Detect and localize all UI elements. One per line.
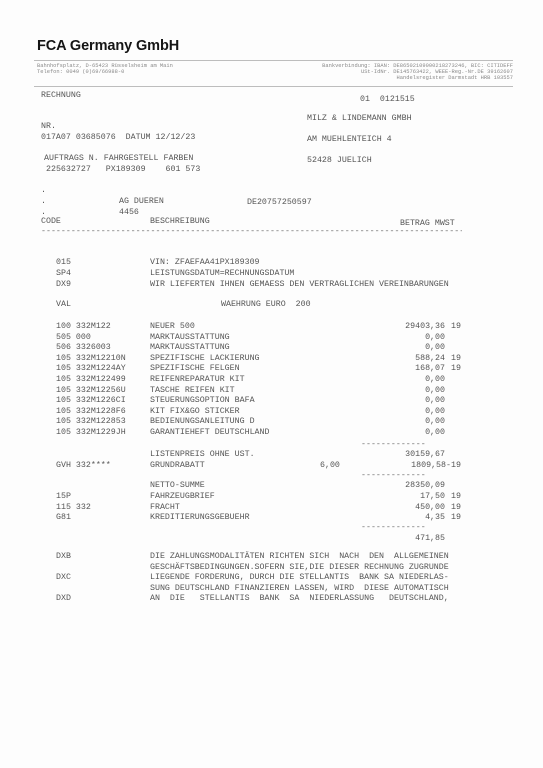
invoice-number-label: NR.: [41, 122, 56, 133]
item-vat: 19: [451, 354, 461, 365]
extra-charge-row: G81KREDITIERUNGSGEBUEHR4,3519: [0, 513, 543, 524]
list-price-amount: 30159,67: [405, 450, 445, 461]
customer-reference: 01 0121515: [360, 95, 415, 106]
extra-charge-row: 115 332FRACHT450,0019: [0, 503, 543, 514]
table-row: 505 000MARKTAUSSTATTUNG0,00: [0, 333, 543, 344]
item-amount: 0,00: [425, 428, 445, 439]
table-row: 105 332M12256UTASCHE REIFEN KIT0,00: [0, 386, 543, 397]
invoice-page: FCA Germany GmbH Bahnhofsplatz, D-65423 …: [0, 0, 543, 768]
charge-description: KREDITIERUNGSGEBUEHR: [150, 513, 250, 524]
item-amount: 0,00: [425, 417, 445, 428]
charge-vat: 19: [451, 492, 461, 503]
court-number: 4456: [119, 208, 139, 219]
item-amount: 0,00: [425, 407, 445, 418]
order-header: AUFTRAGS N. FAHRGESTELL FARBEN: [44, 154, 193, 165]
item-amount: 0,00: [425, 375, 445, 386]
item-code: 105 332M1226CI: [56, 396, 126, 407]
currency-description: WAEHRUNG EURO 200: [221, 300, 311, 311]
terms-row: SUNG DEUTSCHLAND FINANZIEREN LASSEN, WIR…: [0, 584, 543, 595]
item-code: 105 332M1229JH: [56, 428, 126, 439]
discount-percent: 6,00: [320, 461, 340, 472]
item-description: BEDIENUNGSANLEITUNG D: [150, 417, 255, 428]
charge-amount: 450,00: [415, 503, 445, 514]
discount-vat: 19: [451, 461, 461, 472]
net-row: NETTO-SUMME 28350,09: [0, 481, 543, 492]
note-text: WIR LIEFERTEN IHNEN GEMAESS DEN VERTRAGL…: [150, 280, 449, 291]
item-description: SPEZIFISCHE FELGEN: [150, 364, 240, 375]
table-row: 506 3326003MARKTAUSSTATTUNG0,00: [0, 343, 543, 354]
note-code: SP4: [56, 269, 71, 280]
note-row: SP4LEISTUNGSDATUM=RECHNUNGSDATUM: [0, 269, 543, 280]
recipient-city: 52428 JUELICH: [307, 156, 372, 167]
extras-total-row: 471,85: [0, 534, 543, 545]
terms-text: SUNG DEUTSCHLAND FINANZIEREN LASSEN, WIR…: [150, 584, 449, 595]
terms-row: DXDAN DIE STELLANTIS BANK SA NIEDERLASSU…: [0, 594, 543, 605]
item-amount: 29403,36: [405, 322, 445, 333]
terms-code: DXB: [56, 552, 71, 563]
extras-rule: -------------: [361, 523, 426, 534]
note-code: DX9: [56, 280, 71, 291]
table-row: 100 332M122NEUER 50029403,3619: [0, 322, 543, 333]
company-phone: Telefon: 0049 (0)69/66988-0: [37, 69, 124, 75]
discount-label: GRUNDRABATT: [150, 461, 205, 472]
header-bottom-rule: [34, 86, 513, 87]
table-row: 105 332M122853BEDIENUNGSANLEITUNG D0,00: [0, 417, 543, 428]
item-amount: 168,07: [415, 364, 445, 375]
recipient-name: MILZ & LINDEMANN GMBH: [307, 114, 412, 125]
net-label: NETTO-SUMME: [150, 481, 205, 492]
discount-code: GVH 332****: [56, 461, 111, 472]
document-type: RECHNUNG: [41, 91, 81, 102]
note-text: LEISTUNGSDATUM=RECHNUNGSDATUM: [150, 269, 294, 280]
header-top-rule: [34, 60, 513, 61]
court-name: AG DUEREN: [119, 197, 164, 208]
item-description: KIT FIX&GO STICKER: [150, 407, 240, 418]
item-amount: 0,00: [425, 333, 445, 344]
item-code: 100 332M122: [56, 322, 111, 333]
extra-charge-row: 15PFAHRZEUGBRIEF17,5019: [0, 492, 543, 503]
dot-marker: .: [41, 197, 46, 208]
vat-id: DE20757250597: [247, 198, 312, 209]
item-description: MARKTAUSSTATTUNG: [150, 343, 230, 354]
item-description: STEUERUNGSOPTION BAFA: [150, 396, 255, 407]
terms-text: LIEGENDE FORDERUNG, DURCH DIE STELLANTIS…: [150, 573, 449, 584]
list-price-label: LISTENPREIS OHNE UST.: [150, 450, 255, 461]
table-row: 105 332M1229JHGARANTIEHEFT DEUTSCHLAND0,…: [0, 428, 543, 439]
terms-code: DXC: [56, 573, 71, 584]
item-amount: 588,24: [415, 354, 445, 365]
charge-code: 115 332: [56, 503, 91, 514]
item-code: 105 332M12210N: [56, 354, 126, 365]
charge-amount: 4,35: [425, 513, 445, 524]
note-text: VIN: ZFAEFAA41PX189309: [150, 258, 260, 269]
register-details: Handelsregister Darmstadt HRB 103557: [397, 75, 513, 81]
item-vat: 19: [451, 322, 461, 333]
list-price-row: LISTENPREIS OHNE UST. 30159,67: [0, 450, 543, 461]
item-amount: 0,00: [425, 386, 445, 397]
item-description: TASCHE REIFEN KIT: [150, 386, 235, 397]
dot-marker: .: [41, 186, 46, 197]
charge-description: FRACHT: [150, 503, 180, 514]
item-code: 506 3326003: [56, 343, 111, 354]
charge-code: 15P: [56, 492, 71, 503]
item-description: NEUER 500: [150, 322, 195, 333]
item-code: 105 332M122499: [56, 375, 126, 386]
item-code: 105 332M122853: [56, 417, 126, 428]
note-row: 015VIN: ZFAEFAA41PX189309: [0, 258, 543, 269]
invoice-number-date: 017A07 03685076 DATUM 12/12/23: [41, 133, 195, 144]
net-amount: 28350,09: [405, 481, 445, 492]
table-row: 105 332M1228F6KIT FIX&GO STICKER0,00: [0, 407, 543, 418]
terms-text: DIE ZAHLUNGSMODALITÄTEN RICHTEN SICH NAC…: [150, 552, 449, 563]
company-name: FCA Germany GmbH: [37, 38, 179, 54]
currency-code: VAL: [56, 300, 71, 311]
charge-vat: 19: [451, 503, 461, 514]
charge-code: G81: [56, 513, 71, 524]
item-amount: 0,00: [425, 396, 445, 407]
item-code: 105 332M12256U: [56, 386, 126, 397]
order-values: 225632727 PX189309 601 573: [46, 165, 200, 176]
note-code: 015: [56, 258, 71, 269]
terms-text: AN DIE STELLANTIS BANK SA NIEDERLASSUNG …: [150, 594, 449, 605]
note-row: DX9WIR LIEFERTEN IHNEN GEMAESS DEN VERTR…: [0, 280, 543, 291]
header-dash-rule: ----------------------------------------…: [41, 227, 462, 238]
recipient-street: AM MUEHLENTEICH 4: [307, 135, 392, 146]
item-description: SPEZIFISCHE LACKIERUNG: [150, 354, 260, 365]
terms-row: GESCHÄFTSBEDINGUNGEN.SOFERN SIE,DIE DIES…: [0, 563, 543, 574]
table-row: 105 332M122499REIFENREPARATUR KIT0,00: [0, 375, 543, 386]
item-description: MARKTAUSSTATTUNG: [150, 333, 230, 344]
charge-description: FAHRZEUGBRIEF: [150, 492, 215, 503]
item-code: 505 000: [56, 333, 91, 344]
table-row: 105 332M1226CISTEUERUNGSOPTION BAFA0,00: [0, 396, 543, 407]
item-vat: 19: [451, 364, 461, 375]
table-row: 105 332M1224AYSPEZIFISCHE FELGEN168,0719: [0, 364, 543, 375]
discount-row: GVH 332**** GRUNDRABATT 6,00 1809,58- 19: [0, 461, 543, 472]
terms-row: DXCLIEGENDE FORDERUNG, DURCH DIE STELLAN…: [0, 573, 543, 584]
item-description: GARANTIEHEFT DEUTSCHLAND: [150, 428, 270, 439]
item-amount: 0,00: [425, 343, 445, 354]
extras-total-amount: 471,85: [415, 534, 445, 545]
terms-row: DXBDIE ZAHLUNGSMODALITÄTEN RICHTEN SICH …: [0, 552, 543, 563]
item-description: REIFENREPARATUR KIT: [150, 375, 245, 386]
item-code: 105 332M1224AY: [56, 364, 126, 375]
charge-amount: 17,50: [420, 492, 445, 503]
item-code: 105 332M1228F6: [56, 407, 126, 418]
terms-code: DXD: [56, 594, 71, 605]
table-row: 105 332M12210NSPEZIFISCHE LACKIERUNG588,…: [0, 354, 543, 365]
terms-text: GESCHÄFTSBEDINGUNGEN.SOFERN SIE,DIE DIES…: [150, 563, 449, 574]
charge-vat: 19: [451, 513, 461, 524]
